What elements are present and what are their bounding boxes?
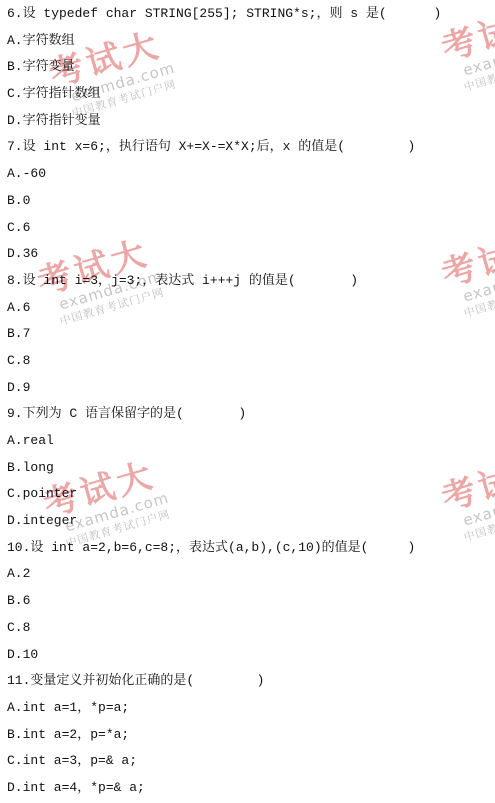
question-6-option-d: D.字符指针变量 — [7, 108, 495, 135]
question-7-option-b: B.0 — [7, 188, 495, 215]
question-10-option-b: B.6 — [7, 588, 495, 615]
question-9-option-d: D.integer — [7, 508, 495, 535]
question-7-option-a: A.-60 — [7, 161, 495, 188]
question-10-option-d: D.10 — [7, 642, 495, 669]
question-8-stem: 8.设 int i=3，j=3;，表达式 i+++j 的值是( ) — [7, 268, 495, 295]
question-9-option-b: B.long — [7, 455, 495, 482]
question-10-option-c: C.8 — [7, 615, 495, 642]
question-6-option-c: C.字符指针数组 — [7, 81, 495, 108]
question-11-option-b: B.int a=2，p=*a; — [7, 722, 495, 749]
question-7-option-c: C.6 — [7, 215, 495, 242]
question-11-option-a: A.int a=1，*p=a; — [7, 695, 495, 722]
question-11-option-c: C.int a=3，p=& a; — [7, 748, 495, 775]
exam-question-sheet: 6.设 typedef char STRING[255]; STRING*s;，… — [0, 0, 495, 802]
question-9-stem: 9.下列为 C 语言保留字的是( ) — [7, 401, 495, 428]
question-6-option-a: A.字符数组 — [7, 28, 495, 55]
question-11-stem: 11.变量定义并初始化正确的是( ) — [7, 668, 495, 695]
question-6-stem: 6.设 typedef char STRING[255]; STRING*s;，… — [7, 1, 495, 28]
question-6-option-b: B.字符变量 — [7, 54, 495, 81]
question-7-option-d: D.36 — [7, 241, 495, 268]
question-9-option-a: A.real — [7, 428, 495, 455]
question-11-option-d: D.int a=4，*p=& a; — [7, 775, 495, 802]
question-7-stem: 7.设 int x=6;，执行语句 X+=X-=X*X;后，x 的值是( ) — [7, 134, 495, 161]
question-10-option-a: A.2 — [7, 561, 495, 588]
question-10-stem: 10.设 int a=2,b=6,c=8;，表达式(a,b),(c,10)的值是… — [7, 535, 495, 562]
question-8-option-c: C.8 — [7, 348, 495, 375]
question-8-option-b: B.7 — [7, 321, 495, 348]
question-8-option-a: A.6 — [7, 295, 495, 322]
question-9-option-c: C.pointer — [7, 481, 495, 508]
question-8-option-d: D.9 — [7, 375, 495, 402]
